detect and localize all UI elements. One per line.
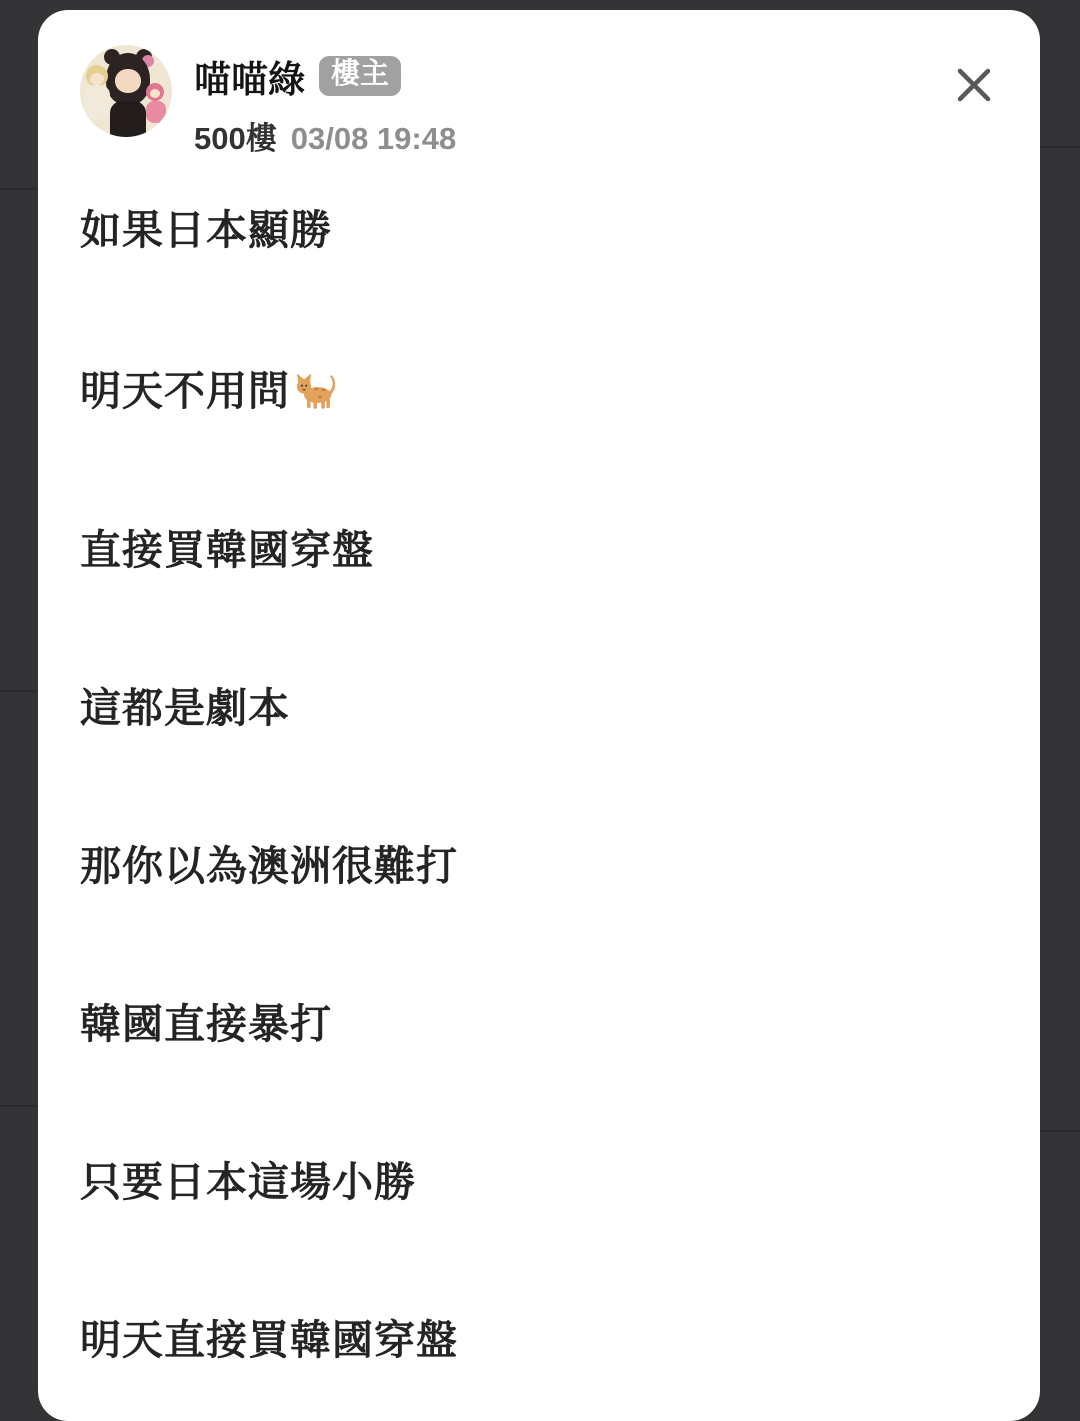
post-header: 喵喵綠 樓主 500樓 03/08 19:48 [80,45,998,158]
background-list-divider [1040,1130,1080,1132]
reply-detail-card: 喵喵綠 樓主 500樓 03/08 19:48 如果日本顯勝 明天不用問 [38,10,1040,1421]
close-icon [952,63,996,107]
cat-emoji [294,367,340,413]
post-paragraph: 那你以為澳洲很難打 [80,845,998,887]
avatar-art [146,101,166,123]
post-paragraph: 明天直接買韓國穿盤 [80,1319,998,1361]
author-name[interactable]: 喵喵綠 [194,49,305,103]
avatar-art [90,73,104,85]
post-paragraph: 韓國直接暴打 [80,1003,998,1045]
avatar-art [84,85,110,119]
op-badge: 樓主 [319,56,401,96]
post-meta: 喵喵綠 樓主 500樓 03/08 19:48 [194,45,456,158]
post-paragraph: 只要日本這場小勝 [80,1161,998,1203]
avatar-art [110,101,146,137]
post-paragraph: 這都是劇本 [80,687,998,729]
background-list-divider [0,188,38,190]
background-list-divider [1040,146,1080,148]
timestamp: 03/08 19:48 [291,121,456,157]
avatar-art [115,69,141,93]
post-paragraph: 明天不用問 [80,367,998,413]
floor-number: 500樓 [194,113,277,158]
post-body: 如果日本顯勝 明天不用問 [80,209,998,1361]
background-list-divider [0,690,38,692]
background-list-divider [0,1105,38,1107]
post-paragraph: 如果日本顯勝 [80,209,998,251]
avatar[interactable] [80,45,172,137]
avatar-art [150,89,160,98]
close-button[interactable] [948,59,1000,111]
post-paragraph: 直接買韓國穿盤 [80,529,998,571]
